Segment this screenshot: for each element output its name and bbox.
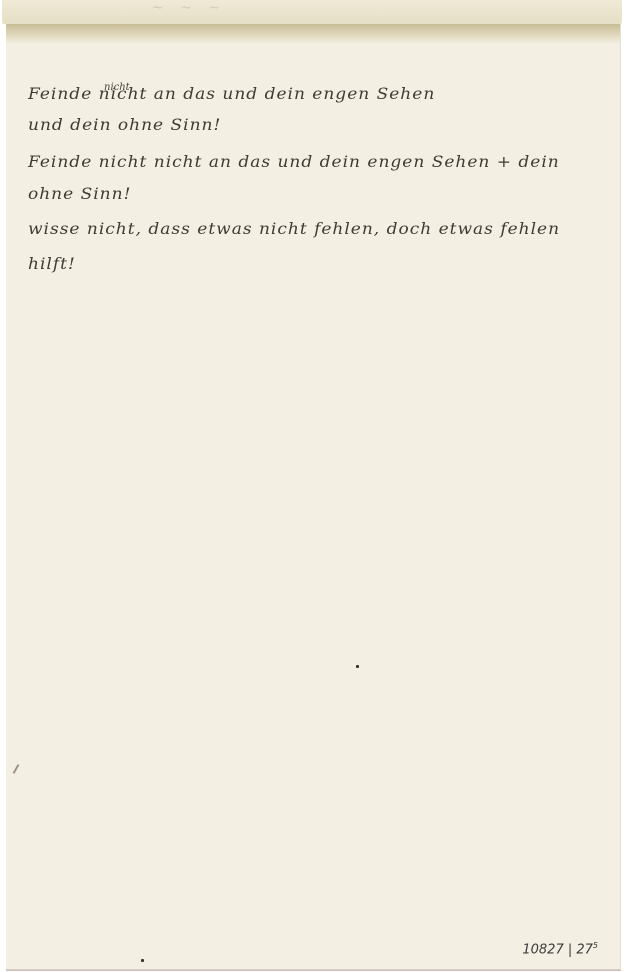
handwritten-line-5: wisse nicht, dass etwas nicht fehlen, do… bbox=[28, 220, 560, 239]
notebook-page: nicht Feinde nicht an das und dein engen… bbox=[6, 24, 621, 970]
archive-number-superscript: 5 bbox=[593, 941, 598, 950]
handwritten-line-1: Feinde nicht an das und dein engen Sehen bbox=[28, 85, 435, 104]
paper-speck bbox=[356, 665, 359, 668]
archive-number: 10827 | 275 bbox=[522, 941, 598, 957]
paper-speck bbox=[141, 959, 144, 962]
notepad-binding-edge: ~ ~ ~ bbox=[2, 0, 622, 24]
handwritten-line-6: hilft! bbox=[28, 255, 76, 274]
handwritten-line-4: ohne Sinn! bbox=[28, 185, 131, 204]
line-text: Feinde nicht an das und dein engen Sehen bbox=[28, 85, 435, 104]
pencil-mark bbox=[13, 764, 20, 774]
page-top-shadow bbox=[6, 24, 620, 44]
show-through-text: ~ ~ ~ bbox=[152, 0, 226, 16]
handwritten-line-2: und dein ohne Sinn! bbox=[28, 116, 221, 135]
archive-number-text: 10827 | 27 bbox=[522, 942, 593, 957]
handwritten-line-3: Feinde nicht nicht an das und dein engen… bbox=[28, 153, 560, 172]
